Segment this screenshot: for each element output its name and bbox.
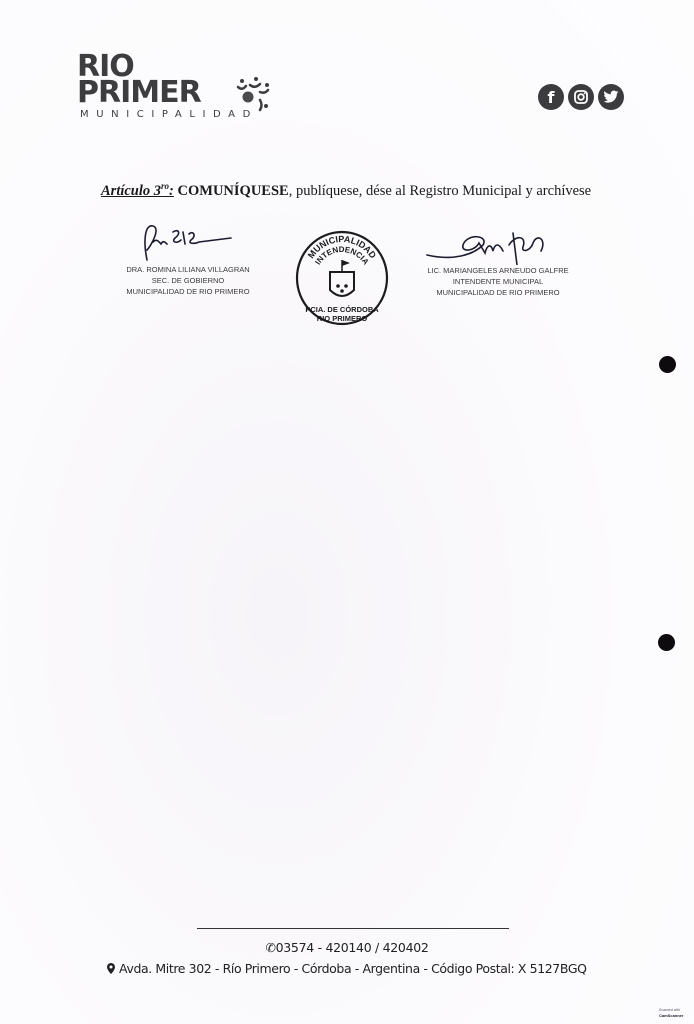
scanner-watermark: Scanned with CamScanner bbox=[659, 1008, 683, 1019]
footer-phone: ✆03574 - 420140 / 420402 bbox=[0, 940, 694, 955]
footer-divider bbox=[197, 928, 509, 929]
signer-2-name: Lic. MARIANGELES ARNEUDO GALFRE bbox=[418, 265, 578, 276]
article-label: Artículo 3ro: bbox=[101, 183, 174, 199]
signer-1-org: MUNICIPALIDAD DE RIO PRIMERO bbox=[118, 286, 258, 297]
sun-people-icon bbox=[234, 75, 274, 115]
handwritten-signature-icon bbox=[423, 225, 573, 265]
handwritten-signature-icon bbox=[133, 220, 243, 264]
facebook-icon[interactable]: f bbox=[538, 84, 564, 110]
municipal-seal-stamp: MUNICIPALIDAD INTENDENCIA PCIA. DE CÓRDO… bbox=[294, 226, 390, 326]
document-page: RIO PRIMER MUNICIPALIDAD f Artículo 3ro:… bbox=[0, 0, 694, 1024]
svg-text:PCIA. DE CÓRDOBA: PCIA. DE CÓRDOBA bbox=[305, 305, 379, 314]
address-text: Avda. Mitre 302 - Río Primero - Córdoba … bbox=[119, 961, 587, 976]
signer-1-name: DRA. ROMINA LILIANA VILLAGRAN bbox=[118, 264, 258, 275]
instagram-icon[interactable] bbox=[568, 84, 594, 110]
map-pin-icon bbox=[107, 963, 115, 974]
social-icons: f bbox=[538, 84, 624, 110]
footer-address: Avda. Mitre 302 - Río Primero - Córdoba … bbox=[0, 961, 694, 976]
punch-hole bbox=[659, 356, 676, 373]
punch-hole bbox=[658, 634, 675, 651]
municipality-logo: RIO PRIMER MUNICIPALIDAD bbox=[77, 55, 277, 120]
twitter-icon[interactable] bbox=[598, 84, 624, 110]
signature-block-intendente: Lic. MARIANGELES ARNEUDO GALFRE INTENDEN… bbox=[418, 225, 578, 298]
article-3-text: Artículo 3ro: COMUNÍQUESE, publíquese, d… bbox=[101, 181, 591, 200]
article-body: , publíquese, dése al Registro Municipal… bbox=[289, 183, 591, 199]
signer-1-role: SEC. DE GOBIERNO bbox=[118, 275, 258, 286]
signer-2-org: MUNICIPALIDAD DE RIO PRIMERO bbox=[418, 287, 578, 298]
article-keyword: COMUNÍQUESE bbox=[178, 183, 289, 199]
signature-block-secretary: DRA. ROMINA LILIANA VILLAGRAN SEC. DE GO… bbox=[118, 220, 258, 297]
svg-text:RIO PRIMERO: RIO PRIMERO bbox=[317, 314, 368, 323]
phone-number: 03574 - 420140 / 420402 bbox=[276, 940, 429, 955]
phone-icon: ✆ bbox=[265, 940, 275, 955]
signer-2-role: INTENDENTE MUNICIPAL bbox=[418, 276, 578, 287]
